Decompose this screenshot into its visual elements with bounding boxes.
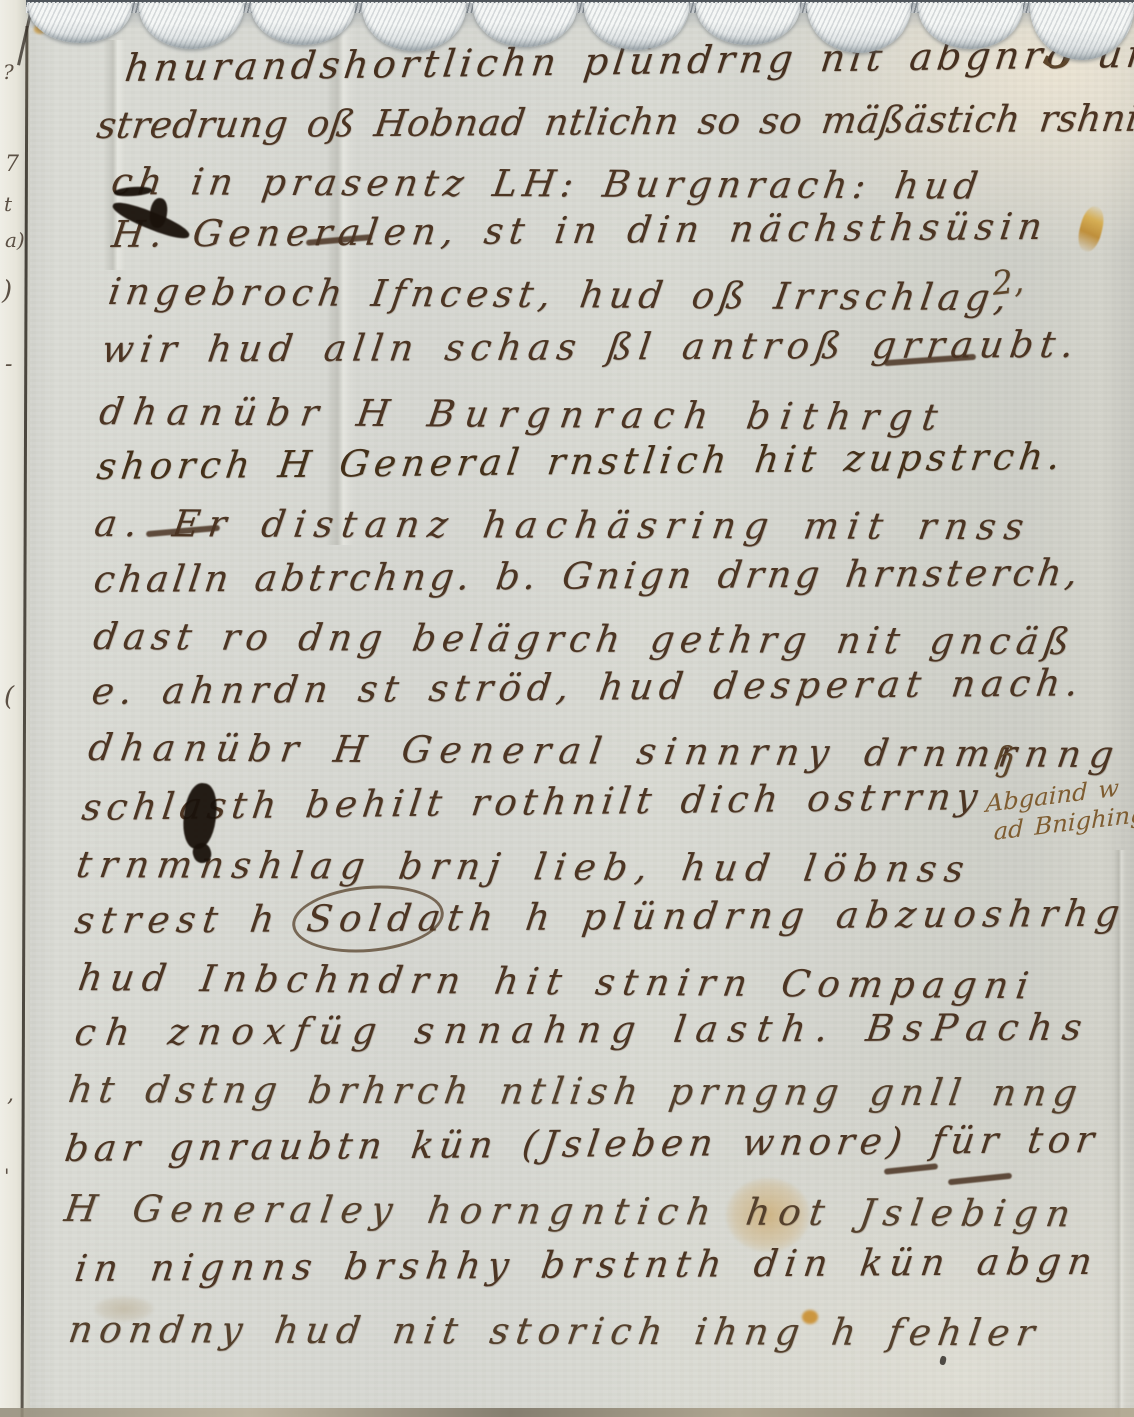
strike-mark <box>146 525 220 537</box>
gutter-ink-fragment: ' <box>4 1164 10 1188</box>
gutter-ink-fragment: ) <box>2 276 12 306</box>
strike-mark <box>884 1163 938 1175</box>
strike-mark <box>884 354 976 366</box>
strike-mark <box>306 234 372 246</box>
gold-mark <box>1075 204 1107 254</box>
book-gutter-edge: ?7ta))-(,' <box>0 0 30 1417</box>
gutter-ink-fragment: a) <box>5 228 25 252</box>
ink-marks-layer <box>0 0 1134 1417</box>
strike-mark <box>948 1173 1012 1186</box>
gutter-ink-fragment: , <box>7 1082 14 1107</box>
speck-mark <box>939 1355 947 1365</box>
speck-mark <box>1044 21 1057 31</box>
gutter-ink-fragment: 7 <box>5 152 19 177</box>
blob-mark <box>180 781 220 850</box>
speck-mark <box>1106 40 1111 44</box>
speck-mark <box>1064 30 1074 37</box>
page-photo: hnurandshortlichn plündrng nit abgnro un… <box>0 0 1134 1417</box>
blob-mark <box>114 186 153 198</box>
photo-bottom-edge <box>0 1408 1134 1417</box>
gutter-ink-fragment: - <box>5 352 12 377</box>
gutter-ink-fragment: t <box>4 192 12 216</box>
gutter-ink-fragment: ? <box>3 60 14 84</box>
oval-mark <box>289 880 446 959</box>
gutter-ink-fragment: ( <box>4 682 14 712</box>
speck-mark <box>1089 27 1096 32</box>
